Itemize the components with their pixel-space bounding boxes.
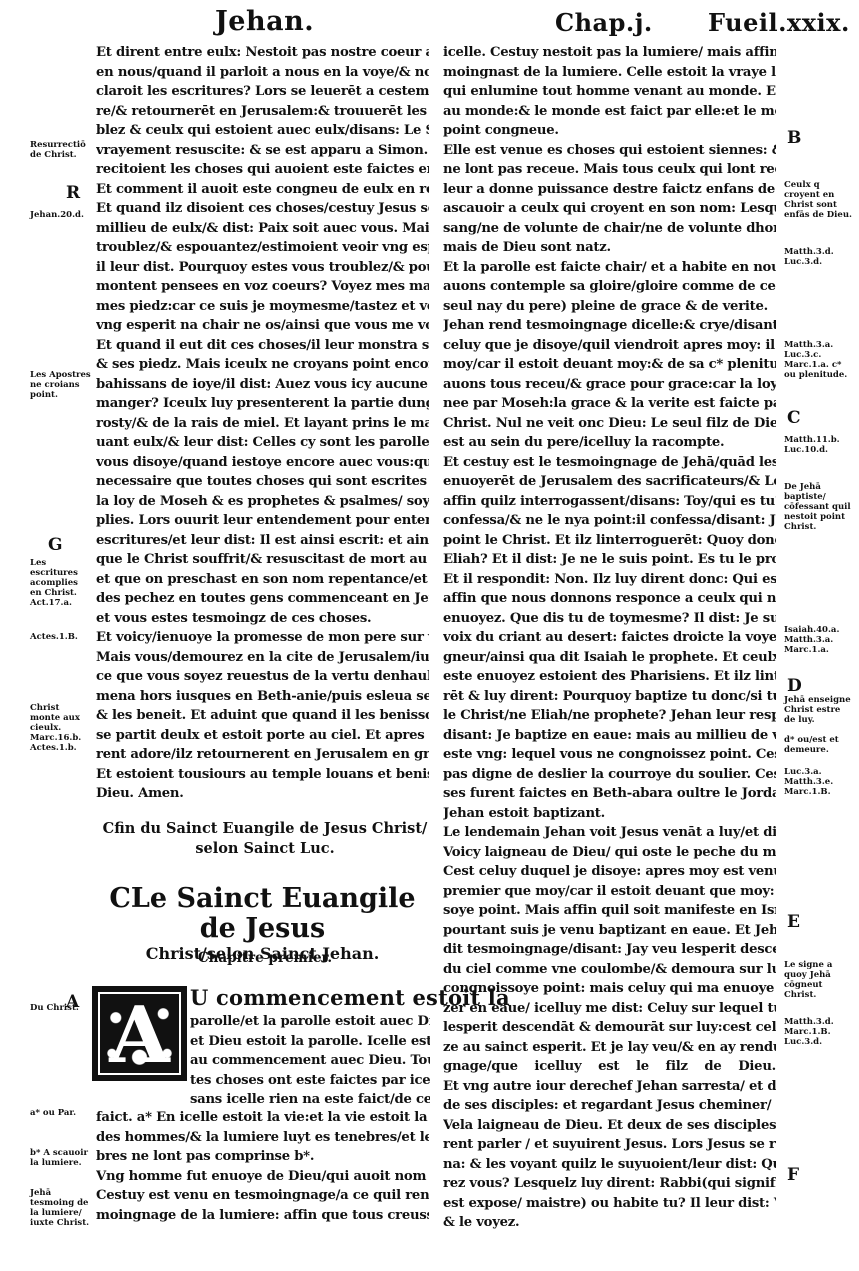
marginal-gloss: Du Christ. [30, 1003, 92, 1013]
text-line: Voicy laigneau de Dieu/ qui oste le pech… [443, 843, 776, 863]
text-after-initial: faict. a* En icelle estoit la vie:et la … [96, 1108, 429, 1225]
text-line: vrayement resuscite: & se est apparu a S… [96, 141, 429, 161]
text-line: pourtant suis je venu baptizant en eaue.… [443, 921, 776, 941]
text-line: en nous/quand il parloit a nous en la vo… [96, 63, 429, 83]
text-line: moingnast de la lumiere. Celle estoit la… [443, 63, 776, 83]
text-line: rosty/& de la rais de miel. Et layant pr… [96, 414, 429, 434]
text-line: gnage/que icelluy est le filz de Dieu. [443, 1057, 776, 1077]
text-line: celuy que je disoye/quil viendroit apres… [443, 336, 776, 356]
incipit-line: U commencement estoit la [190, 985, 430, 1010]
text-line: des pechez en toutes gens commenceant en… [96, 589, 429, 609]
marginal-gloss: d* ou/est et demeure. [784, 735, 854, 755]
text-line: vng esperit na chair ne os/ainsi que vou… [96, 316, 429, 336]
text-line: bahissans de ioye/il dist: Auez vous icy… [96, 375, 429, 395]
marginal-gloss: Matth.3.d. Luc.3.d. [784, 247, 854, 267]
text-line: plies. Lors ouurit leur entendement pour… [96, 511, 429, 531]
section-letter: C [787, 408, 801, 428]
text-line: congnoissoye point: mais celuy qui ma en… [443, 979, 776, 999]
text-line: parolle/et la parolle estoit auec Dieu: [190, 1012, 430, 1032]
section-letter: F [787, 1165, 799, 1185]
text-line: Et voicy/ienuoye la promesse de mon pere… [96, 628, 429, 648]
text-line: dit tesmoingnage/disant: Jay veu lesperi… [443, 940, 776, 960]
text-line: necessaire que toutes choses qui sont es… [96, 472, 429, 492]
marginal-gloss: Matth.3.d. Marc.1.B. Luc.3.d. [784, 1017, 854, 1047]
marginal-gloss: Le signe a quoy Jehā cōgneut Christ. [784, 960, 854, 1000]
text-line: Eliah? Et il dist: Je ne le suis point. … [443, 550, 776, 570]
text-line: re/& retournerēt en Jerusalem:& trouuerē… [96, 102, 429, 122]
text-line: seul nay du pere) pleine de grace & de v… [443, 297, 776, 317]
text-line: rent parler / et suyuirent Jesus. Lors J… [443, 1135, 776, 1155]
right-column-john: icelle. Cestuy nestoit pas la lumiere/ m… [443, 43, 776, 1233]
text-line: manger? Iceulx luy presenterent la parti… [96, 394, 429, 414]
text-line: Jehan rend tesmoingnage dicelle:& crye/d… [443, 316, 776, 336]
running-head-left: Jehan. [215, 6, 314, 37]
text-line: lesperit descendāt & demourāt sur luy:ce… [443, 1018, 776, 1038]
text-line: au monde:& le monde est faict par elle:e… [443, 102, 776, 122]
text-line: Elle est venue es choses qui estoient si… [443, 141, 776, 161]
text-line: de ses disciples: et regardant Jesus che… [443, 1096, 776, 1116]
text-line: vous disoye/quand iestoye encore auec vo… [96, 453, 429, 473]
colophon: Cfin du Sainct Euangile de Jesus Christ/… [100, 819, 430, 859]
text-line: mais de Dieu sont natz. [443, 238, 776, 258]
marginal-gloss: Resurrectiō de Christ. [30, 140, 92, 160]
text-line: Et quand il eut dit ces choses/il leur m… [96, 336, 429, 356]
text-line: & le voyez. [443, 1213, 776, 1233]
text-line: Et la parolle est faicte chair/ et a hab… [443, 258, 776, 278]
text-line: Et dirent entre eulx: Nestoit pas nostre… [96, 43, 429, 63]
marginal-gloss: Ceulx q croyent en Christ sont enfās de … [784, 180, 854, 220]
text-line: troublez/& espouantez/estimoient veoir v… [96, 238, 429, 258]
text-line: Et estoient tousiours au temple louans e… [96, 765, 429, 785]
marginal-gloss: De Jehā baptiste/ cōfessant quil nestoit… [784, 482, 854, 532]
left-column-luke-ending: Et dirent entre eulx: Nestoit pas nostre… [96, 43, 429, 804]
marginal-gloss: Les escritures acomplies en Christ. Act.… [30, 558, 92, 608]
marginal-gloss: Isaiah.40.a. Matth.3.a. Marc.1.a. [784, 625, 854, 655]
text-line: millieu de eulx/& dist: Paix soit auec v… [96, 219, 429, 239]
text-line: rez vous? Lesquelz luy dirent: Rabbi(qui… [443, 1174, 776, 1194]
text-line: mes piedz:car ce suis je moymesme/tastez… [96, 297, 429, 317]
text-line: Et comment il auoit este congneu de eulx… [96, 180, 429, 200]
colophon-line: selon Sainct Luc. [100, 839, 430, 859]
text-line: il leur dist. Pourquoy estes vous troubl… [96, 258, 429, 278]
text-line: Et vng autre iour derechef Jehan sarrest… [443, 1077, 776, 1097]
text-line: le Christ/ne Eliah/ne prophete? Jehan le… [443, 706, 776, 726]
marginal-gloss: a* ou Par. [30, 1108, 92, 1118]
marginal-gloss: Matth.11.b. Luc.10.d. [784, 435, 854, 455]
text-line: & ses piedz. Mais iceulx ne croyans poin… [96, 355, 429, 375]
marginal-gloss: Luc.3.a. Matth.3.e. Marc.1.B. [784, 767, 854, 797]
text-line: mena hors iusques en Beth-anie/puis esle… [96, 687, 429, 707]
marginal-gloss: Jehā tesmoing de la lumiere/ iuxte Chris… [30, 1188, 92, 1228]
section-letter: G [48, 535, 63, 555]
text-line: enuoyerēt de Jerusalem des sacrificateur… [443, 472, 776, 492]
text-line: affin quilz interrogassent/disans: Toy/q… [443, 492, 776, 512]
text-line: auons tous receu/& grace pour grace:car … [443, 375, 776, 395]
text-line: se partit deulx et estoit porte au ciel.… [96, 726, 429, 746]
text-line: point congneue. [443, 121, 776, 141]
text-line: qui enlumine tout homme venant au monde.… [443, 82, 776, 102]
chapter-heading: Chapitre premier. [100, 950, 430, 966]
text-line: ascauoir a ceulx qui croyent en son nom:… [443, 199, 776, 219]
text-line: moy/car il estoit deuant moy:& de sa c* … [443, 355, 776, 375]
text-line: Jehan estoit baptizant. [443, 804, 776, 824]
text-line: Cest celuy duquel je disoye: apres moy e… [443, 862, 776, 882]
text-line: la loy de Moseh & es prophetes & psalmes… [96, 492, 429, 512]
text-line: este vng: lequel vous ne congnoissez poi… [443, 745, 776, 765]
text-line: confessa/& ne le nya point:il confessa/d… [443, 511, 776, 531]
text-line: point le Christ. Et ilz linterroguerēt: … [443, 531, 776, 551]
text-line: sang/ne de volunte de chair/ne de volunt… [443, 219, 776, 239]
text-line: et que on preschast en son nom repentanc… [96, 570, 429, 590]
text-line: moingnage de la lumiere: affin que tous … [96, 1206, 429, 1226]
text-line: Et quand ilz disoient ces choses/cestuy … [96, 199, 429, 219]
text-line: des hommes/& la lumiere luyt es tenebres… [96, 1128, 429, 1148]
section-letter: D [787, 676, 802, 696]
text-line: Vela laigneau de Dieu. Et deux de ses di… [443, 1116, 776, 1136]
text-line: Mais vous/demourez en la cite de Jerusal… [96, 648, 429, 668]
text-line: ne lont pas receue. Mais tous ceulx qui … [443, 160, 776, 180]
marginal-gloss: Jehā enseigne Christ estre de luy. [784, 695, 854, 725]
text-line: rent adore/ilz retournerent en Jerusalem… [96, 745, 429, 765]
text-line: Et cestuy est le tesmoingnage de Jehā/qu… [443, 453, 776, 473]
text-line: icelle. Cestuy nestoit pas la lumiere/ m… [443, 43, 776, 63]
marginal-gloss: Matth.3.a. Luc.3.c. Marc.1.a. c* ou plen… [784, 340, 854, 380]
text-line: nee par Moseh:la grace & la verite est f… [443, 394, 776, 414]
text-line: Vng homme fut enuoye de Dieu/qui auoit n… [96, 1167, 429, 1187]
text-line: est au sein du pere/icelluy la racompte. [443, 433, 776, 453]
text-line: leur a donne puissance destre faictz enf… [443, 180, 776, 200]
text-line: zer en eaue/ icelluy me dist: Celuy sur … [443, 999, 776, 1019]
marginal-gloss: Christ monte aux cieulx. Marc.16.b. Acte… [30, 703, 92, 753]
text-line: Christ. Nul ne veit onc Dieu: Le seul fi… [443, 414, 776, 434]
text-line: ses furent faictes en Beth-abara oultre … [443, 784, 776, 804]
book-title: CLe Sainct Euangile de Jesus [95, 884, 430, 944]
text-line: est expose/ maistre) ou habite tu? Il le… [443, 1194, 776, 1214]
text-line: montent pensees en voz coeurs? Voyez mes… [96, 277, 429, 297]
marginal-gloss: Jehan.20.d. [30, 210, 92, 220]
text-line: & les beneit. Et aduint que quand il les… [96, 706, 429, 726]
section-letter: B [787, 128, 801, 148]
text-line: et vous estes tesmoingz de ces choses. [96, 609, 429, 629]
decorated-initial: A [92, 986, 187, 1081]
text-line: ce que vous soyez reuestus de la vertu d… [96, 667, 429, 687]
text-line: Et il respondit: Non. Ilz luy dirent don… [443, 570, 776, 590]
text-line: uant eulx/& leur dist: Celles cy sont le… [96, 433, 429, 453]
section-letter: E [787, 912, 800, 932]
text-line: affin que nous donnons responce a ceulx … [443, 589, 776, 609]
text-line: tes choses ont este faictes par icelle: … [190, 1071, 430, 1091]
text-line: enuoyez. Que dis tu de toymesme? Il dist… [443, 609, 776, 629]
marginal-gloss: Les Apostres ne croians point. [30, 370, 92, 400]
floral-ornament-icon: A [98, 992, 181, 1075]
text-line: soye point. Mais affin quil soit manifes… [443, 901, 776, 921]
text-line: blez & ceulx qui estoient auec eulx/disa… [96, 121, 429, 141]
text-line: du ciel comme vne coulombe/& demoura sur… [443, 960, 776, 980]
text-line: auons contemple sa gloire/gloire comme d… [443, 277, 776, 297]
text-line: sans icelle rien na este faict/de ce qui… [190, 1090, 430, 1110]
text-line: Cestuy est venu en tesmoingnage/a ce qui… [96, 1186, 429, 1206]
text-line: rēt & luy dirent: Pourquoy baptize tu do… [443, 687, 776, 707]
text-line: este enuoyez estoient des Pharisiens. Et… [443, 667, 776, 687]
text-line: na: & les voyant quilz le suyuoient/leur… [443, 1155, 776, 1175]
text-line: Dieu. Amen. [96, 784, 429, 804]
text-line: escritures/et leur dist: Il est ainsi es… [96, 531, 429, 551]
text-beside-initial: parolle/et la parolle estoit auec Dieu:e… [190, 1012, 430, 1110]
running-head-chapter: Chap.j. [555, 8, 653, 37]
text-line: Le lendemain Jehan voit Jesus venāt a lu… [443, 823, 776, 843]
section-letter: R [66, 183, 80, 203]
text-line: que le Christ souffrit/& resuscitast de … [96, 550, 429, 570]
text-line: gneur/ainsi qua dit Isaiah le prophete. … [443, 648, 776, 668]
text-line: disant: Je baptize en eaue: mais au mill… [443, 726, 776, 746]
text-line: premier que moy/car il estoit deuant que… [443, 882, 776, 902]
folio-number: Fueil.xxix. [708, 8, 850, 37]
text-line: recitoient les choses qui auoient este f… [96, 160, 429, 180]
marginal-gloss: Actes.1.B. [30, 632, 92, 642]
text-line: claroit les escritures? Lors se leuerēt … [96, 82, 429, 102]
text-line: faict. a* En icelle estoit la vie:et la … [96, 1108, 429, 1128]
text-line: au commencement auec Dieu. Tou- [190, 1051, 430, 1071]
colophon-line: Cfin du Sainct Euangile de Jesus Christ/ [100, 819, 430, 839]
initial-letter: A [100, 996, 179, 1075]
text-line: bres ne lont pas comprinse b*. [96, 1147, 429, 1167]
text-line: ze au sainct esperit. Et je lay veu/& en… [443, 1038, 776, 1058]
section-letter: A [66, 992, 79, 1012]
text-line: et Dieu estoit la parolle. Icelle estoit [190, 1032, 430, 1052]
text-line: pas digne de deslier la courroye du soul… [443, 765, 776, 785]
text-line: voix du criant au desert: faictes droict… [443, 628, 776, 648]
marginal-gloss: b* A scauoir la lumiere. [30, 1148, 92, 1168]
